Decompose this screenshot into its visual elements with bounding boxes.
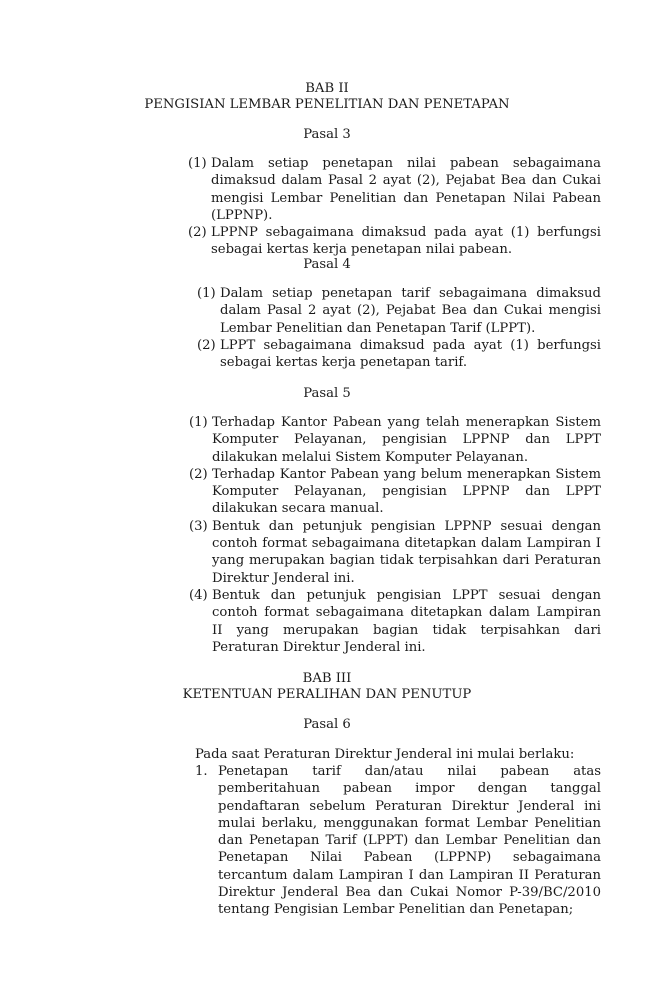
article-heading: Pasal 5 [0, 385, 654, 402]
item-text: Bentuk dan petunjuk pengisian LPPT sesua… [212, 587, 601, 656]
item-number: 1. [195, 763, 208, 780]
article-3-list: (1) Dalam setiap penetapan nilai pabean … [188, 155, 601, 259]
chapter-heading: BAB II [0, 80, 654, 97]
article-6-list: 1. Penetapan tarif dan/atau nilai pabean… [195, 763, 601, 919]
item-text: Terhadap Kantor Pabean yang telah menera… [212, 414, 601, 466]
list-item: (2) LPPNP sebagaimana dimaksud pada ayat… [188, 224, 601, 259]
item-number: (1) [188, 155, 207, 172]
article-5-list: (1) Terhadap Kantor Pabean yang telah me… [189, 414, 601, 656]
article-intro: Pada saat Peraturan Direktur Jenderal in… [195, 746, 574, 763]
list-item: (3) Bentuk dan petunjuk pengisian LPPNP … [189, 518, 601, 587]
item-text: Bentuk dan petunjuk pengisian LPPNP sesu… [212, 518, 601, 587]
chapter-title: KETENTUAN PERALIHAN DAN PENUTUP [0, 686, 654, 703]
article-heading: Pasal 6 [0, 716, 654, 733]
item-number: (2) [197, 337, 216, 354]
item-number: (2) [189, 466, 208, 483]
article-heading: Pasal 3 [0, 126, 654, 143]
item-text: Terhadap Kantor Pabean yang belum menera… [212, 466, 601, 518]
item-text: Dalam setiap penetapan tarif sebagaimana… [220, 285, 601, 337]
list-item: (1) Terhadap Kantor Pabean yang telah me… [189, 414, 601, 466]
item-number: (2) [188, 224, 207, 241]
article-heading: Pasal 4 [0, 256, 654, 273]
item-text: LPPNP sebagaimana dimaksud pada ayat (1)… [211, 224, 601, 259]
item-text: LPPT sebagaimana dimaksud pada ayat (1) … [220, 337, 601, 372]
list-item: (2) LPPT sebagaimana dimaksud pada ayat … [197, 337, 601, 372]
item-number: (3) [189, 518, 208, 535]
list-item: 1. Penetapan tarif dan/atau nilai pabean… [195, 763, 601, 919]
item-number: (1) [197, 285, 216, 302]
item-number: (1) [189, 414, 208, 431]
item-text: Penetapan tarif dan/atau nilai pabean at… [218, 763, 601, 919]
list-item: (4) Bentuk dan petunjuk pengisian LPPT s… [189, 587, 601, 656]
chapter-heading: BAB III [0, 670, 654, 687]
document-page: BAB II PENGISIAN LEMBAR PENELITIAN DAN P… [0, 0, 654, 1000]
item-text: Dalam setiap penetapan nilai pabean seba… [211, 155, 601, 224]
list-item: (2) Terhadap Kantor Pabean yang belum me… [189, 466, 601, 518]
chapter-title: PENGISIAN LEMBAR PENELITIAN DAN PENETAPA… [0, 96, 654, 113]
item-number: (4) [189, 587, 208, 604]
list-item: (1) Dalam setiap penetapan tarif sebagai… [197, 285, 601, 337]
list-item: (1) Dalam setiap penetapan nilai pabean … [188, 155, 601, 224]
article-4-list: (1) Dalam setiap penetapan tarif sebagai… [197, 285, 601, 371]
